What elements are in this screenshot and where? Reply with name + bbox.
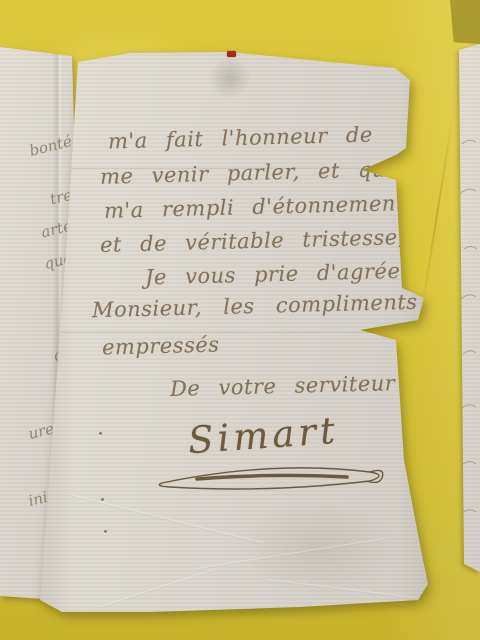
wrinkle-crease <box>99 570 214 609</box>
letter-line: m'a rempli d'étonnement <box>104 191 405 223</box>
letter-line: Monsieur, les compliments <box>92 290 418 323</box>
wrinkle-crease <box>69 494 264 544</box>
photo-stage: bonté tre arte que e de es ureux d inisé… <box>0 0 480 640</box>
pinhole <box>99 432 102 435</box>
faint-handwriting-strokes <box>456 44 480 574</box>
letter-line: empressés <box>102 332 220 359</box>
pinhole <box>101 498 104 501</box>
letter-line: Je vous prie d'agréer, <box>145 258 416 289</box>
right-page-fragment <box>456 44 480 574</box>
pinhole <box>104 530 107 533</box>
wrinkle-crease <box>266 579 415 599</box>
signature-flourish <box>152 464 392 494</box>
letter-line: m'a fait l'honneur de <box>108 123 373 154</box>
letter-page: m'a fait l'honneur de me venir parler, e… <box>36 48 428 616</box>
wrinkle-crease <box>197 538 385 570</box>
paper-stain <box>208 58 252 98</box>
letter-line: De votre serviteur <box>170 371 396 401</box>
red-wax-dot <box>227 51 236 57</box>
letter-line: et de véritable tristesse, <box>100 225 405 257</box>
signature: Simart <box>187 409 341 462</box>
letter-line: me venir parler, et qui <box>100 157 394 189</box>
fold-crease <box>36 332 428 335</box>
background-shadow-corner <box>450 0 480 48</box>
letter-sheet: m'a fait l'honneur de me venir parler, e… <box>36 48 428 616</box>
right-page-sheet <box>456 44 480 574</box>
